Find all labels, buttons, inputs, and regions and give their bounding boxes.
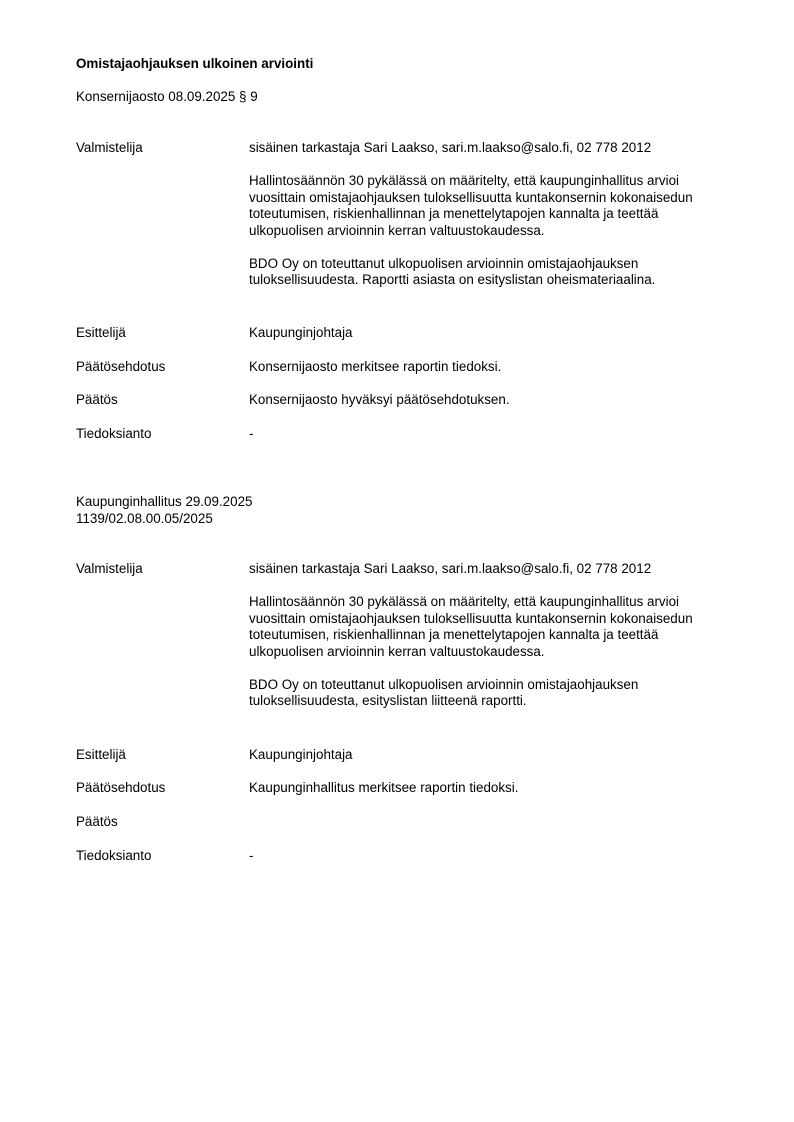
section2-meeting-title: Kaupunginhallitus 29.09.2025 [76, 494, 252, 509]
decision-value: Konsernijaosto hyväksyi päätösehdotuksen… [249, 392, 739, 409]
document-title: Omistajaohjauksen ulkoinen arviointi [76, 56, 313, 71]
proposal-label: Päätösehdotus [76, 780, 165, 797]
body-paragraph-1: Hallintosäännön 30 pykälässä on määritel… [249, 594, 739, 660]
section2-meeting: Kaupunginhallitus 29.09.2025 1139/02.08.… [76, 494, 252, 527]
body-paragraph-1: Hallintosäännön 30 pykälässä on määritel… [249, 173, 739, 239]
body-paragraph-2: BDO Oy on toteuttanut ulkopuolisen arvio… [249, 256, 739, 289]
decision-label: Päätös [76, 392, 118, 409]
text-line: BDO Oy on toteuttanut ulkopuolisen arvio… [249, 677, 638, 692]
text-line: BDO Oy on toteuttanut ulkopuolisen arvio… [249, 256, 638, 271]
text-line: ulkopuolisen arvioinnin kerran valtuusto… [249, 223, 545, 238]
section2-reference: 1139/02.08.00.05/2025 [76, 511, 213, 526]
text-line: tuloksellisuudesta, esityslistan liittee… [249, 693, 527, 708]
text-line: vuosittain omistajaohjauksen tuloksellis… [249, 611, 693, 626]
presenter-label: Esittelijä [76, 747, 126, 764]
preparer-label: Valmistelija [76, 561, 143, 578]
presenter-value: Kaupunginjohtaja [249, 325, 739, 342]
proposal-value: Konsernijaosto merkitsee raportin tiedok… [249, 359, 739, 376]
proposal-value: Kaupunginhallitus merkitsee raportin tie… [249, 780, 739, 797]
text-line: Hallintosäännön 30 pykälässä on määritel… [249, 594, 679, 609]
body-paragraph-2: BDO Oy on toteuttanut ulkopuolisen arvio… [249, 677, 739, 710]
notification-label: Tiedoksianto [76, 426, 151, 443]
preparer-value: sisäinen tarkastaja Sari Laakso, sari.m.… [249, 140, 739, 289]
text-line: vuosittain omistajaohjauksen tuloksellis… [249, 190, 693, 205]
decision-label: Päätös [76, 814, 118, 831]
preparer-contact: sisäinen tarkastaja Sari Laakso, sari.m.… [249, 140, 739, 157]
text-line: toteutumisen, riskienhallinnan ja menett… [249, 206, 658, 221]
notification-label: Tiedoksianto [76, 848, 151, 865]
preparer-contact: sisäinen tarkastaja Sari Laakso, sari.m.… [249, 561, 739, 578]
notification-value: - [249, 426, 739, 443]
preparer-value: sisäinen tarkastaja Sari Laakso, sari.m.… [249, 561, 739, 710]
text-line: toteutumisen, riskienhallinnan ja menett… [249, 627, 658, 642]
text-line: tuloksellisuudesta. Raportti asiasta on … [249, 272, 655, 287]
proposal-label: Päätösehdotus [76, 359, 165, 376]
presenter-label: Esittelijä [76, 325, 126, 342]
preparer-label: Valmistelija [76, 140, 143, 157]
text-line: Hallintosäännön 30 pykälässä on määritel… [249, 173, 679, 188]
text-line: ulkopuolisen arvioinnin kerran valtuusto… [249, 644, 545, 659]
notification-value: - [249, 848, 739, 865]
section1-meeting: Konsernijaosto 08.09.2025 § 9 [76, 89, 258, 106]
presenter-value: Kaupunginjohtaja [249, 747, 739, 764]
